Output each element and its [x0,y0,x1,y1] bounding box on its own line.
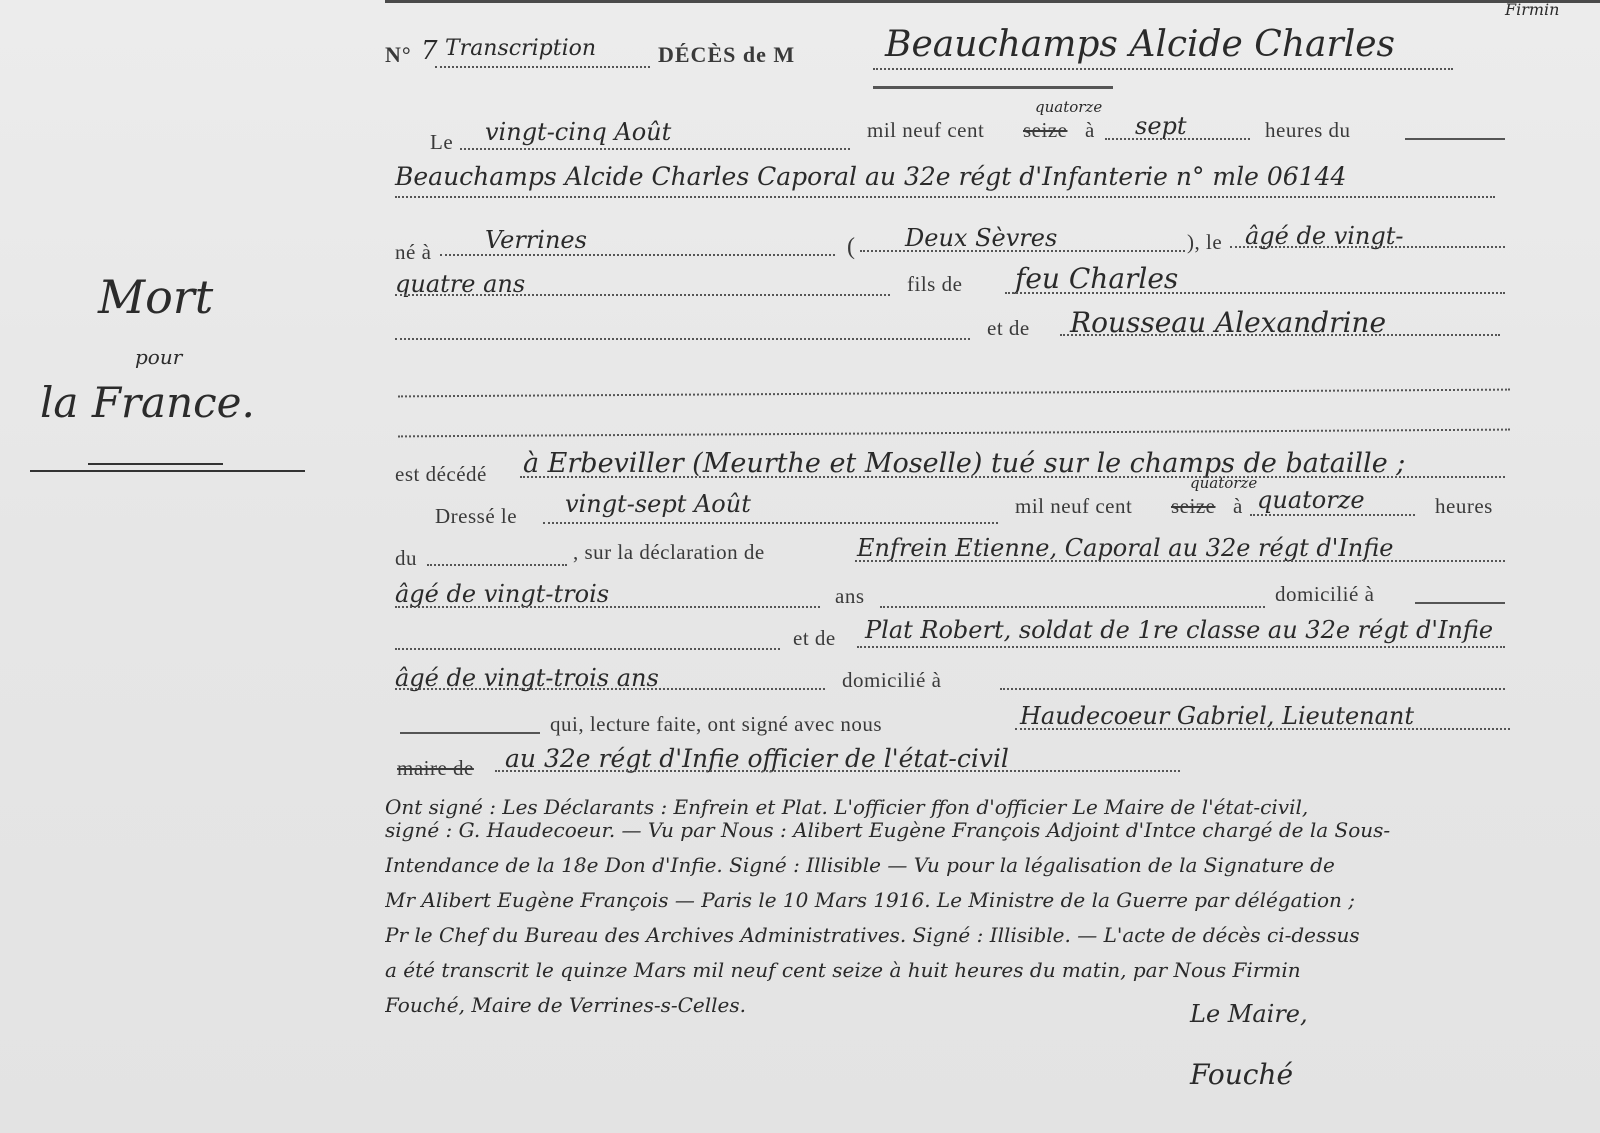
declarant2-age-line: âgé de vingt-trois ans domicilié à [395,664,1535,704]
corner-note: Firmin [1505,0,1559,19]
margin-la-france: la France. [40,378,255,427]
department: Deux Sèvres [905,224,1057,252]
date-line: Le vingt-cinq Août mil neuf cent seize q… [395,112,1535,152]
transcription-label: Transcription [445,36,596,61]
death-place: à Erbeviller (Meurthe et Moselle) tué su… [523,448,1405,479]
margin-mort: Mort [98,270,213,324]
blank-line-1 [398,389,1510,398]
identity-text: Beauchamps Alcide Charles Caporal au 32e… [395,162,1346,191]
death-date: vingt-cinq Août [485,118,671,146]
declarant1-name: Enfrein Etienne, Caporal au 32e régt d'I… [857,534,1393,562]
top-rule [385,0,1600,3]
officer-name: Haudecoeur Gabriel, Lieutenant [1020,702,1414,730]
declaration-line: du , sur la déclaration de Enfrein Etien… [395,536,1535,576]
transcription-notes: Ont signé : Les Déclarants : Enfrein et … [385,790,1565,1023]
note-line-4: Mr Alibert Eugène François — Paris le 10… [385,883,1565,918]
signing-line: qui, lecture faite, ont signé avec nous … [395,706,1535,746]
declarant1-age: âgé de vingt-trois [395,580,609,608]
parent-father-line: quatre ans fils de feu Charles [395,264,1535,304]
birth-line: né à Verrines ( Deux Sèvres ), le âgé de… [395,222,1535,262]
officer-unit-line: maire de au 32e régt d'Infie officier de… [395,748,1535,788]
margin-rule-long [30,470,305,472]
officer-unit: au 32e régt d'Infie officier de l'état-c… [505,744,1009,773]
parent-mother-line: et de Rousseau Alexandrine [395,310,1535,350]
header-line: N° 7 Transcription DÉCÈS de M Beauchamps… [395,28,1535,68]
declarant1-age-line: âgé de vingt-trois ans domicilié à [395,578,1535,618]
note-line-6: a été transcrit le quinze Mars mil neuf … [385,953,1565,988]
year-struck: seize [1023,118,1067,143]
declarant2-name: Plat Robert, soldat de 1re classe au 32e… [865,616,1493,644]
declarant2-line: et de Plat Robert, soldat de 1re classe … [395,620,1535,660]
margin-rule-short [88,463,223,465]
death-hour: sept [1135,112,1187,140]
number-label: N° [385,42,412,68]
signature-block: Le Maire, Fouché [1190,1000,1308,1091]
death-record-page: Mort pour la France. N° 7 Transcription … [0,0,1600,1133]
maire-signature: Fouché [1190,1058,1308,1091]
birthplace: Verrines [485,226,587,254]
year2-struck: seize [1171,494,1215,519]
maire-de-struck: maire de [397,756,474,781]
drawn-date-line: Dressé le vingt-sept Août mil neuf cent … [395,488,1535,528]
father-name: feu Charles [1015,262,1178,295]
year-correction: quatorze [1035,98,1102,116]
death-place-line: est décédé à Erbeviller (Meurthe et Mose… [395,450,1535,490]
deces-title: DÉCÈS de M [658,42,795,68]
margin-pour: pour [135,345,182,369]
note-line-7: Fouché, Maire de Verrines-s-Celles. [385,988,1565,1023]
drawn-hour: quatorze [1257,486,1365,514]
note-line-2: signé : G. Haudecoeur. — Vu par Nous : A… [385,813,1565,848]
drawn-date: vingt-sept Août [565,490,751,518]
note-line-5: Pr le Chef du Bureau des Archives Admini… [385,918,1565,953]
year2-correction: quatorze [1190,474,1257,492]
blank-line-2 [398,429,1510,438]
note-line-3: Intendance de la 18e Don d'Infie. Signé … [385,848,1565,883]
maire-title: Le Maire, [1190,1000,1308,1028]
identity-line: Beauchamps Alcide Charles Caporal au 32e… [395,160,1535,200]
deceased-name: Beauchamps Alcide Charles [885,24,1395,65]
record-number: 7 [421,36,438,66]
